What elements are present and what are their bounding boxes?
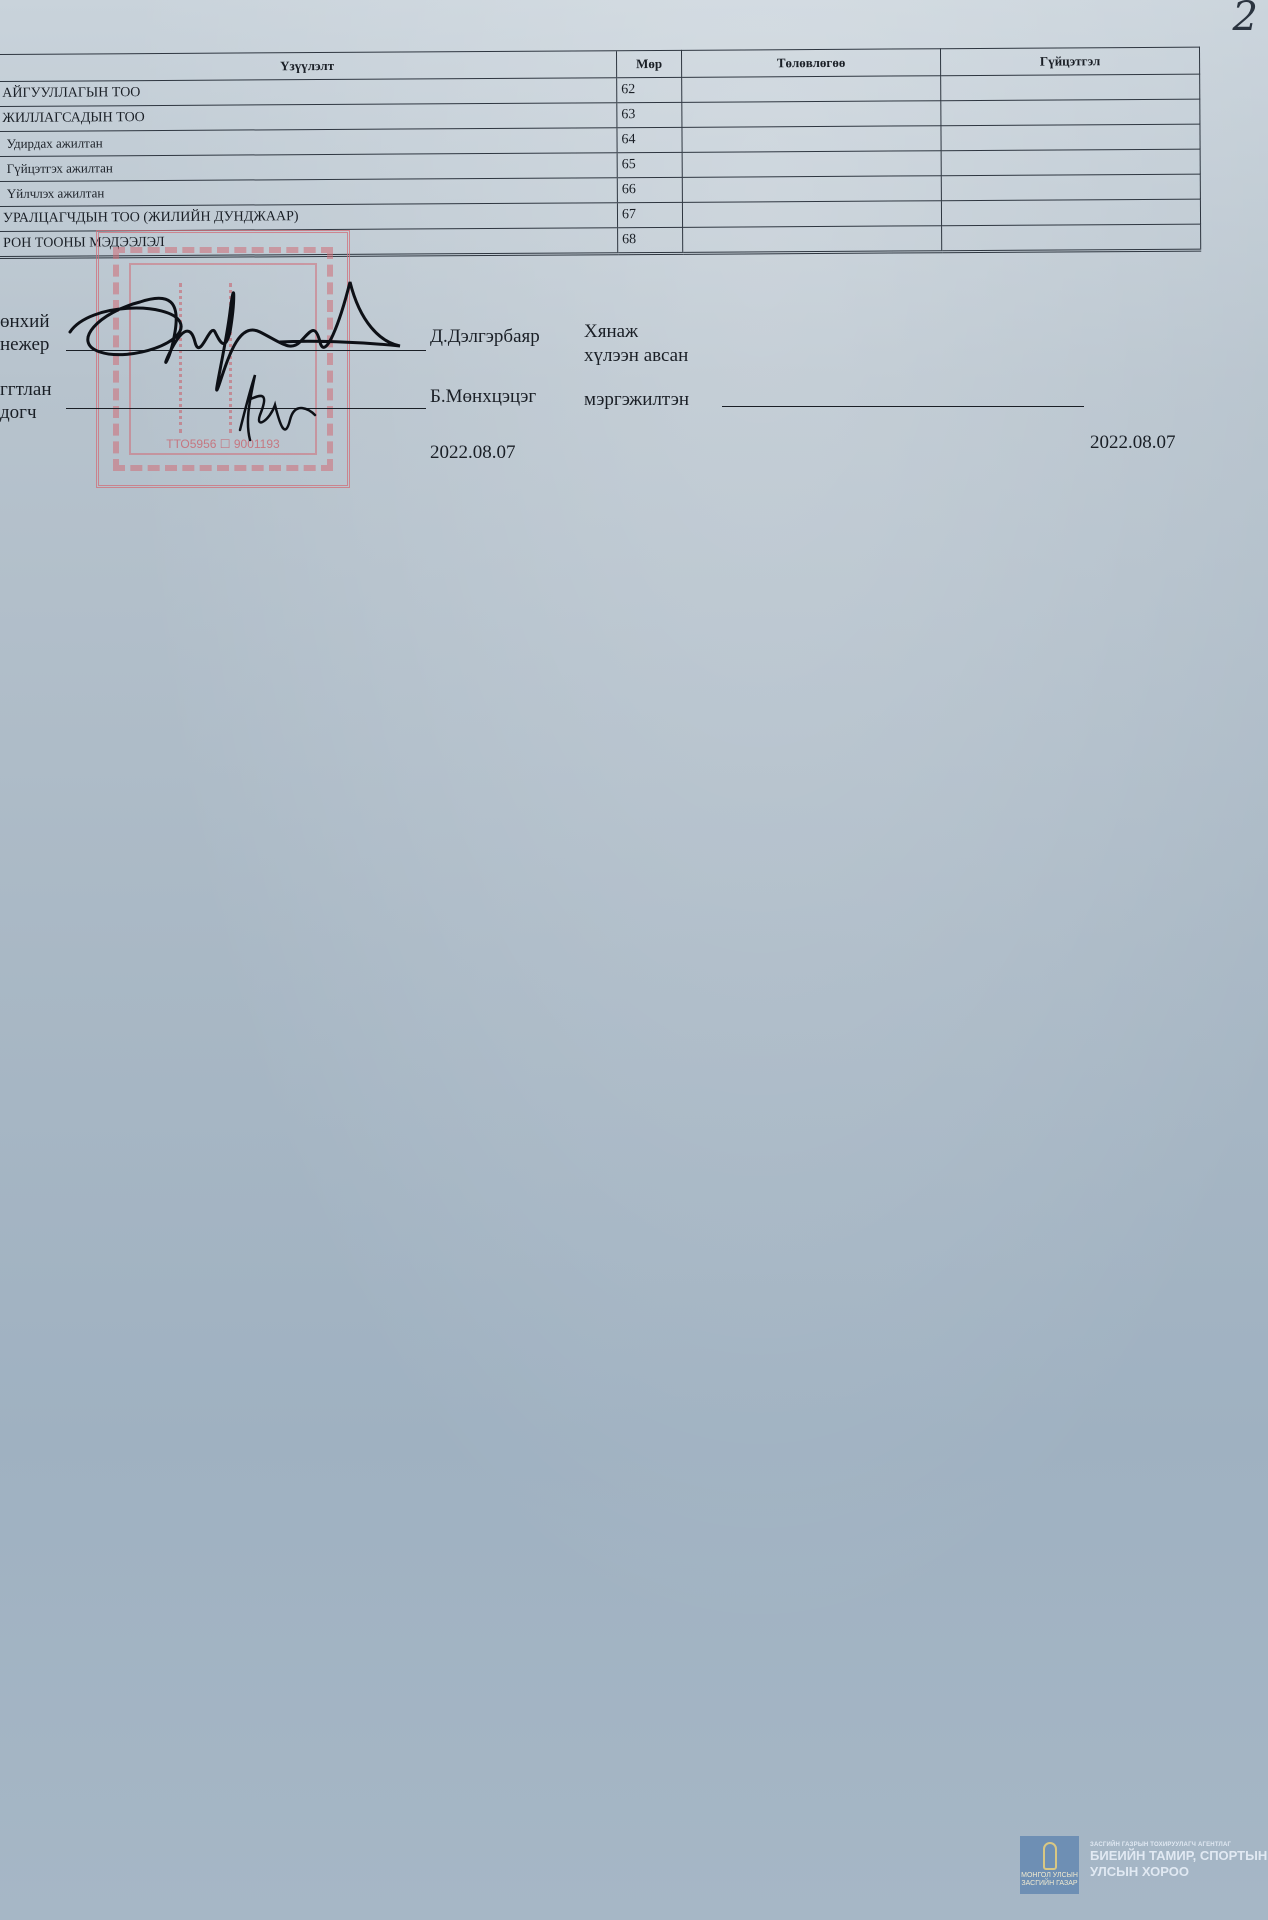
row-plan [682,151,941,178]
date-left: 2022.08.07 [430,442,516,464]
row-plan [682,76,941,103]
row-actual [941,74,1200,101]
reviewer-label: Хянаж хүлээн авсан [584,320,688,368]
agency-title-line2: УЛСЫН ХОРОО [1090,1864,1267,1880]
emblem-text-line1: МОНГОЛ УЛСЫН [1020,1872,1079,1880]
agency-title-line1: БИЕИЙН ТАМИР, СПОРТЫН [1090,1848,1267,1864]
reviewer-title: мэргэжилтэн [584,388,689,412]
row-actual [941,199,1200,226]
agency-watermark: ЗАСГИЙН ГАЗРЫН ТОХИРУУЛАГЧ АГЕНТЛАГ БИЕИ… [1090,1842,1267,1880]
director-name: Д.Дэлгэрбаяр [430,326,540,348]
reviewer-line1: Хянаж [584,320,688,344]
director-label-line1: өнхий [0,310,50,333]
soyombo-emblem-icon [1043,1842,1057,1870]
row-indicator: Үйлчлэх ажилтан [0,178,617,207]
row-number: 65 [617,152,682,177]
emblem-text-line2: ЗАСГИЙН ГАЗАР [1020,1880,1079,1888]
statistics-table: Үзүүлэлт Мөр Төлөвлөгөө Гүйцэтгэл АЙГУУЛ… [0,47,1201,259]
row-number: 63 [617,102,682,127]
row-plan [682,126,941,153]
director-label: өнхий нежер [0,310,50,356]
stamp-mongolian-script [229,283,246,433]
reviewer-line2: хүлээн авсан [584,344,688,368]
page-number: 2 [1233,0,1258,40]
row-indicator: Удирдах ажилтан [0,128,617,157]
director-signature-line [66,350,426,351]
header-plan: Төлөвлөгөө [681,49,940,78]
accountant-label-line1: ггтлан [0,378,52,401]
row-number: 68 [618,227,683,253]
row-plan [682,201,941,228]
accountant-signature-line [66,408,426,409]
row-indicator: Гүйцэтгэх ажилтан [0,153,617,182]
stamp-inner-frame [129,263,317,455]
header-indicator: Үзүүлэлт [0,51,617,82]
row-actual [941,174,1200,201]
row-number: 66 [617,177,682,202]
official-stamp: ТТО5956 ☐ 9001193 [96,230,350,488]
row-indicator: ЖИЛЛАГСАДЫН ТОО [0,103,617,132]
header-row-number: Мөр [616,50,681,77]
row-number: 64 [617,127,682,152]
row-number: 67 [617,202,682,227]
row-actual [941,149,1200,176]
reviewer-signature-line [722,406,1084,407]
accountant-name: Б.Мөнхцэцэг [430,386,536,408]
header-actual: Гүйцэтгэл [940,47,1199,76]
accountant-label-line2: догч [0,401,52,424]
row-actual [941,99,1200,126]
row-number: 62 [617,77,682,102]
row-actual [941,124,1200,151]
accountant-label: ггтлан догч [0,378,52,424]
row-plan [683,226,942,254]
date-right: 2022.08.07 [1090,432,1176,454]
government-emblem-logo: МОНГОЛ УЛСЫН ЗАСГИЙН ГАЗАР [1020,1836,1079,1894]
row-plan [682,176,941,203]
director-label-line2: нежер [0,333,50,356]
row-indicator: АЙГУУЛЛАГЫН ТОО [0,78,617,107]
row-plan [682,101,941,128]
row-indicator: УРАЛЦАГЧДЫН ТОО (ЖИЛИЙН ДУНДЖААР) [0,203,618,232]
stamp-registration-text: ТТО5956 ☐ 9001193 [99,437,347,451]
stamp-mongolian-script [179,283,196,433]
row-actual [942,224,1201,252]
